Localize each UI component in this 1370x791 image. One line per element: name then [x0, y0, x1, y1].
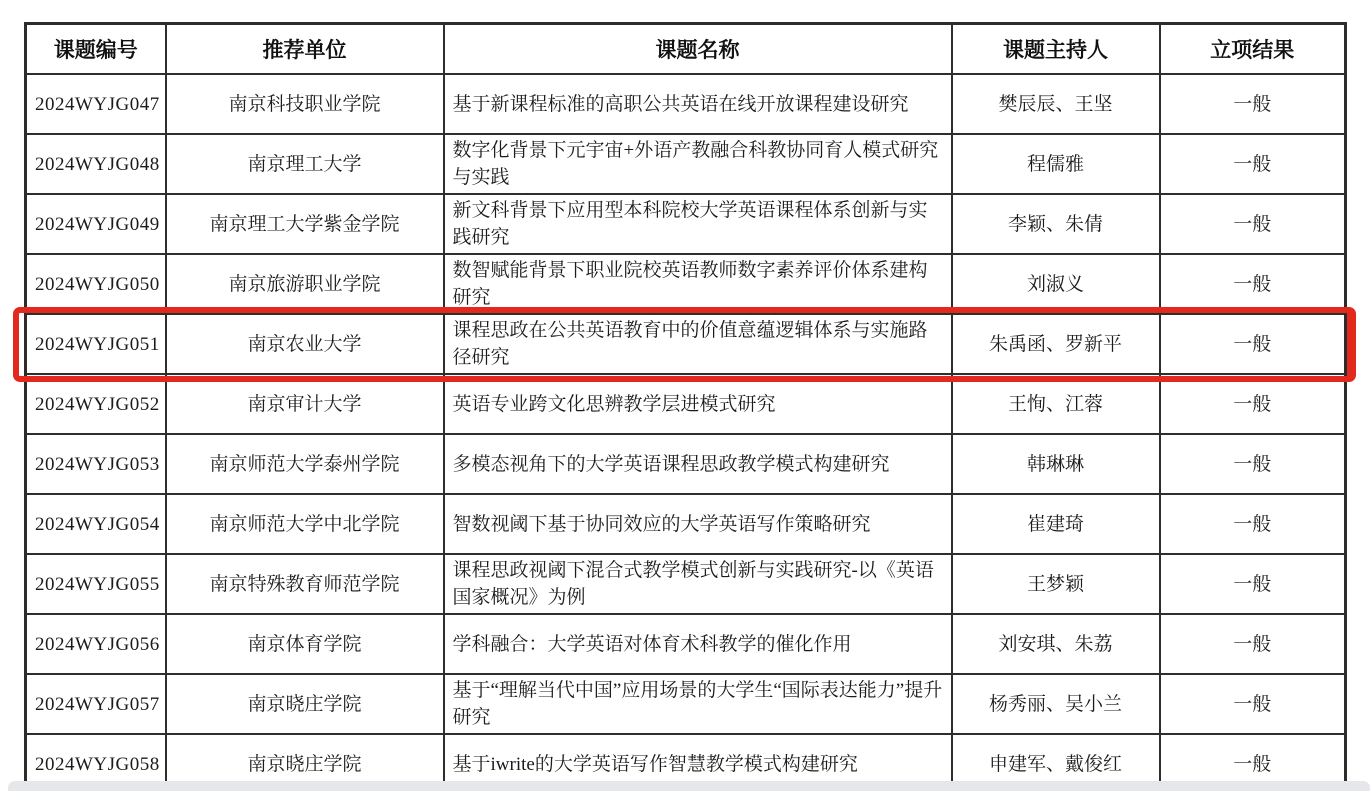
title-cell: 课程思政视阈下混合式教学模式创新与实践研究-以《英语国家概况》为例 [444, 554, 952, 614]
table-row: 2024WYJG056 南京体育学院 学科融合：大学英语对体育术科教学的催化作用… [26, 614, 1346, 674]
project-id-cell: 2024WYJG054 [26, 494, 166, 554]
project-id-cell: 2024WYJG048 [26, 134, 166, 194]
unit-cell: 南京晓庄学院 [166, 674, 444, 734]
unit-cell: 南京农业大学 [166, 314, 444, 374]
project-id-cell: 2024WYJG055 [26, 554, 166, 614]
header-title: 课题名称 [444, 24, 952, 75]
result-cell: 一般 [1160, 494, 1346, 554]
unit-cell: 南京师范大学中北学院 [166, 494, 444, 554]
leader-cell: 杨秀丽、吴小兰 [952, 674, 1160, 734]
table-row: 2024WYJG057 南京晓庄学院 基于“理解当代中国”应用场景的大学生“国际… [26, 674, 1346, 734]
title-cell: 智数视阈下基于协同效应的大学英语写作策略研究 [444, 494, 952, 554]
project-id-cell: 2024WYJG049 [26, 194, 166, 254]
unit-cell: 南京理工大学紫金学院 [166, 194, 444, 254]
header-row: 课题编号 推荐单位 课题名称 课题主持人 立项结果 [26, 24, 1346, 75]
bottom-bar [8, 781, 1370, 791]
project-id-cell: 2024WYJG047 [26, 74, 166, 134]
result-cell: 一般 [1160, 674, 1346, 734]
leader-cell: 王梦颖 [952, 554, 1160, 614]
unit-cell: 南京旅游职业学院 [166, 254, 444, 314]
project-id-cell: 2024WYJG051 [26, 314, 166, 374]
table-row: 2024WYJG050 南京旅游职业学院 数智赋能背景下职业院校英语教师数字素养… [26, 254, 1346, 314]
table-row: 2024WYJG053 南京师范大学泰州学院 多模态视角下的大学英语课程思政教学… [26, 434, 1346, 494]
title-cell: 基于新课程标准的高职公共英语在线开放课程建设研究 [444, 74, 952, 134]
table-row: 2024WYJG048 南京理工大学 数字化背景下元宇宙+外语产教融合科教协同育… [26, 134, 1346, 194]
leader-cell: 樊辰辰、王坚 [952, 74, 1160, 134]
title-cell: 多模态视角下的大学英语课程思政教学模式构建研究 [444, 434, 952, 494]
title-cell: 数字化背景下元宇宙+外语产教融合科教协同育人模式研究与实践 [444, 134, 952, 194]
project-id-cell: 2024WYJG056 [26, 614, 166, 674]
project-id-cell: 2024WYJG052 [26, 374, 166, 434]
header-leader: 课题主持人 [952, 24, 1160, 75]
table-row: 2024WYJG054 南京师范大学中北学院 智数视阈下基于协同效应的大学英语写… [26, 494, 1346, 554]
result-cell: 一般 [1160, 194, 1346, 254]
project-id-cell: 2024WYJG057 [26, 674, 166, 734]
unit-cell: 南京理工大学 [166, 134, 444, 194]
unit-cell: 南京审计大学 [166, 374, 444, 434]
title-cell: 新文科背景下应用型本科院校大学英语课程体系创新与实践研究 [444, 194, 952, 254]
unit-cell: 南京特殊教育师范学院 [166, 554, 444, 614]
result-cell: 一般 [1160, 314, 1346, 374]
leader-cell: 刘安琪、朱荔 [952, 614, 1160, 674]
result-cell: 一般 [1160, 254, 1346, 314]
project-id-cell: 2024WYJG053 [26, 434, 166, 494]
unit-cell: 南京体育学院 [166, 614, 444, 674]
leader-cell: 李颖、朱倩 [952, 194, 1160, 254]
result-cell: 一般 [1160, 614, 1346, 674]
table-row: 2024WYJG052 南京审计大学 英语专业跨文化思辨教学层进模式研究 王恂、… [26, 374, 1346, 434]
leader-cell: 程儒雅 [952, 134, 1160, 194]
header-project-id: 课题编号 [26, 24, 166, 75]
title-cell: 英语专业跨文化思辨教学层进模式研究 [444, 374, 952, 434]
title-cell: 学科融合：大学英语对体育术科教学的催化作用 [444, 614, 952, 674]
document-page: 课题编号 推荐单位 课题名称 课题主持人 立项结果 2024WYJG047 南京… [0, 0, 1370, 791]
title-cell: 基于“理解当代中国”应用场景的大学生“国际表达能力”提升研究 [444, 674, 952, 734]
project-approval-table: 课题编号 推荐单位 课题名称 课题主持人 立项结果 2024WYJG047 南京… [24, 22, 1347, 791]
project-id-cell: 2024WYJG050 [26, 254, 166, 314]
unit-cell: 南京师范大学泰州学院 [166, 434, 444, 494]
result-cell: 一般 [1160, 434, 1346, 494]
table-row: 2024WYJG047 南京科技职业学院 基于新课程标准的高职公共英语在线开放课… [26, 74, 1346, 134]
result-cell: 一般 [1160, 74, 1346, 134]
leader-cell: 刘淑义 [952, 254, 1160, 314]
leader-cell: 王恂、江蓉 [952, 374, 1160, 434]
table-row: 2024WYJG055 南京特殊教育师范学院 课程思政视阈下混合式教学模式创新与… [26, 554, 1346, 614]
leader-cell: 朱禹函、罗新平 [952, 314, 1160, 374]
header-result: 立项结果 [1160, 24, 1346, 75]
result-cell: 一般 [1160, 374, 1346, 434]
unit-cell: 南京科技职业学院 [166, 74, 444, 134]
leader-cell: 韩琳琳 [952, 434, 1160, 494]
result-cell: 一般 [1160, 554, 1346, 614]
title-cell: 课程思政在公共英语教育中的价值意蕴逻辑体系与实施路径研究 [444, 314, 952, 374]
result-cell: 一般 [1160, 134, 1346, 194]
table-row: 2024WYJG051 南京农业大学 课程思政在公共英语教育中的价值意蕴逻辑体系… [26, 314, 1346, 374]
title-cell: 数智赋能背景下职业院校英语教师数字素养评价体系建构研究 [444, 254, 952, 314]
table-row: 2024WYJG049 南京理工大学紫金学院 新文科背景下应用型本科院校大学英语… [26, 194, 1346, 254]
header-unit: 推荐单位 [166, 24, 444, 75]
leader-cell: 崔建琦 [952, 494, 1160, 554]
